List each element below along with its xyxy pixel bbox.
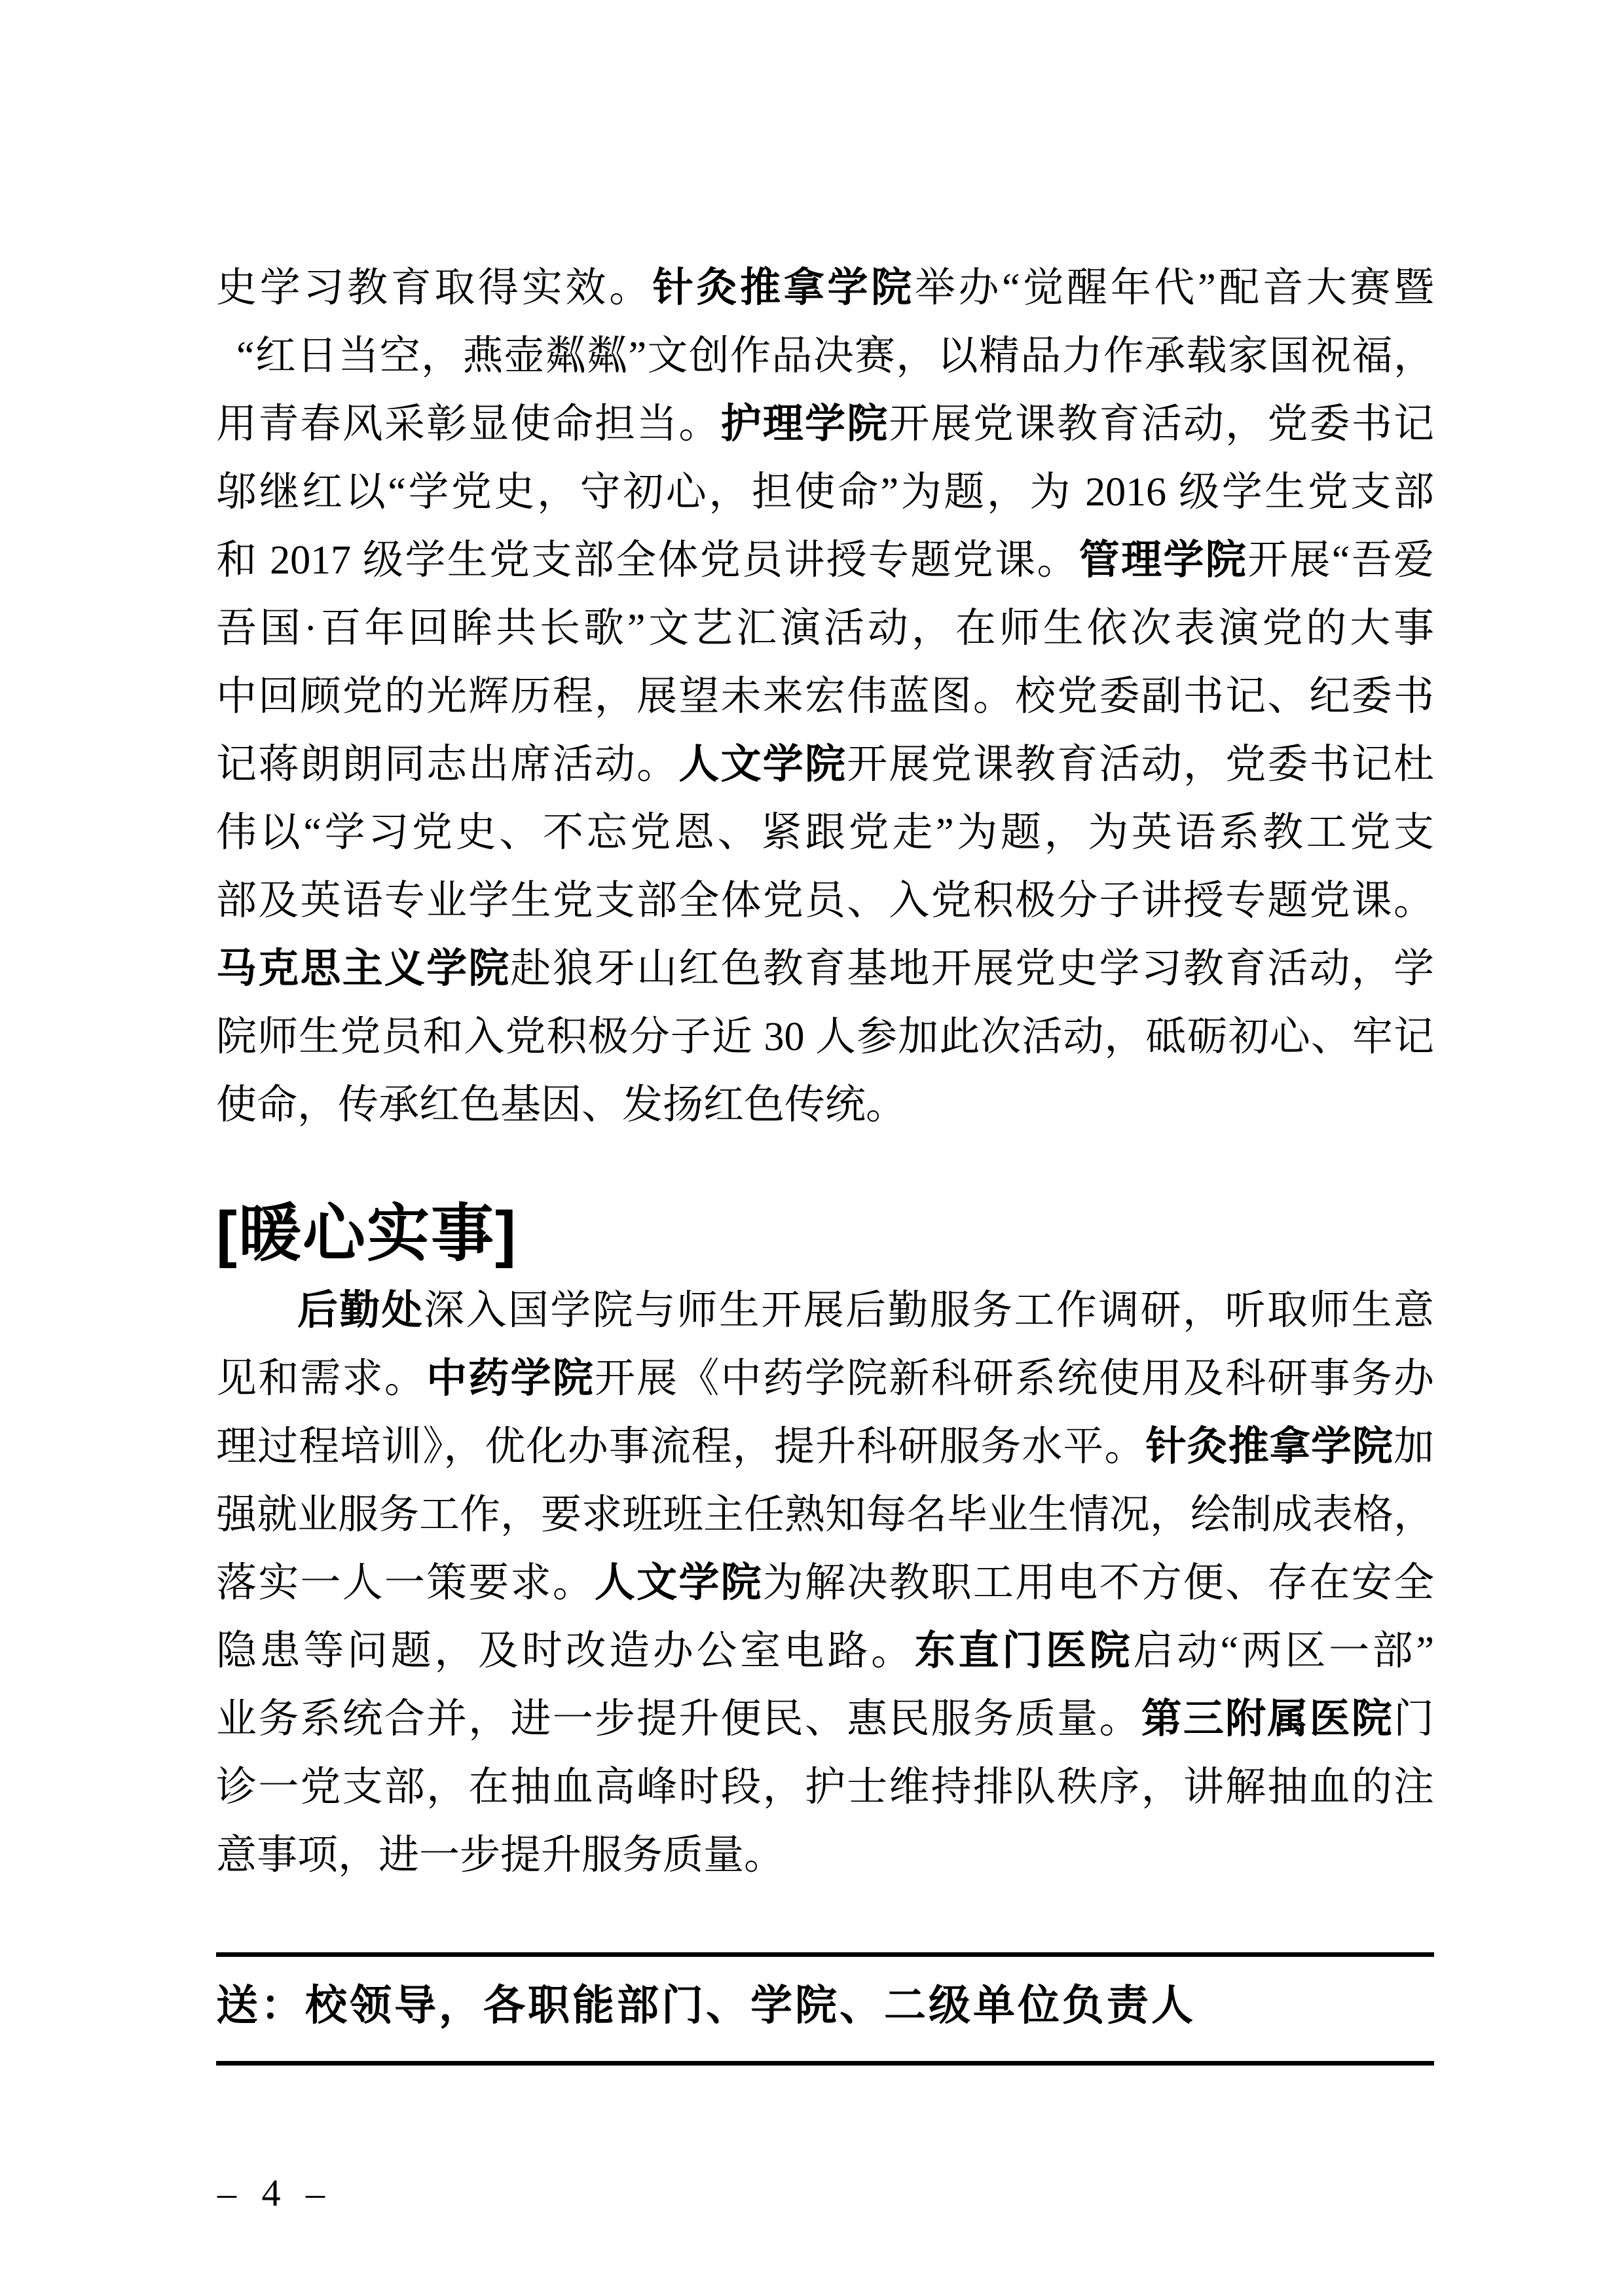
body-text-segment: 开展党课教育活动，党委书记 <box>889 402 1434 446</box>
org-name-emphasis: 中药学院 <box>426 1356 595 1401</box>
text-line: 和 2017 级学生党支部全体党员讲授专题党课。管理学院开展“吾爱 <box>216 526 1434 594</box>
org-name-emphasis: 人文学院 <box>678 742 847 787</box>
body-text-segment: 伟以“学习党史、不忘党恩、紧跟党走”为题，为英语系教工党支 <box>216 811 1434 855</box>
text-line: 使命，传承红色基因、发扬红色传统。 <box>216 1071 1434 1139</box>
text-line: 理过程培训》，优化办事流程，提升科研服务水平。针灸推拿学院加 <box>216 1413 1434 1481</box>
document-content: 史学习教育取得实效。针灸推拿学院举办“觉醒年代”配音大赛暨 “红日当空，燕壶粼粼… <box>216 0 1434 2296</box>
org-name-emphasis: 后勤处 <box>297 1288 424 1333</box>
body-text-segment: 为解决教职工用电不方便、存在安全 <box>763 1561 1434 1605</box>
body-text-segment: 用青春风采彰显使命担当。 <box>216 402 721 446</box>
document-page: 史学习教育取得实效。针灸推拿学院举办“觉醒年代”配音大赛暨 “红日当空，燕壶粼粼… <box>0 0 1624 2296</box>
text-line: 隐患等问题，及时改造办公室电路。东直门医院启动“两区一部” <box>216 1617 1434 1685</box>
text-line: 业务系统合并，进一步提升便民、惠民服务质量。第三附属医院门 <box>216 1685 1434 1753</box>
body-text-segment: 部及英语专业学生党支部全体党员、入党积极分子讲授专题党课。 <box>216 879 1434 923</box>
paragraph-warm-deeds: 后勤处深入国学院与师生开展后勤服务工作调研，听取师生意见和需求。中药学院开展《中… <box>216 1277 1434 1889</box>
body-text-segment: 中回顾党的光辉历程，展望未来宏伟蓝图。校党委副书记、纪委书 <box>216 674 1434 719</box>
body-text-segment: 开展“吾爱 <box>1247 538 1434 583</box>
body-text-segment: 理过程培训》，优化办事流程，提升科研服务水平。 <box>216 1425 1146 1469</box>
text-line: 部及英语专业学生党支部全体党员、入党积极分子讲授专题党课。 <box>216 867 1434 935</box>
text-line: 史学习教育取得实效。针灸推拿学院举办“觉醒年代”配音大赛暨 <box>216 254 1434 322</box>
body-text-segment: 强就业服务工作，要求班班主任熟知每名毕业生情况，绘制成表格， <box>216 1493 1434 1537</box>
text-line: 意事项，进一步提升服务质量。 <box>216 1821 1434 1889</box>
text-line: 记蒋朗朗同志出席活动。人文学院开展党课教育活动，党委书记杜 <box>216 731 1434 799</box>
body-text-segment: 开展党课教育活动，党委书记杜 <box>847 742 1434 787</box>
body-text-segment: 启动“两区一部” <box>1133 1629 1434 1673</box>
text-line: 马克思主义学院赴狼牙山红色教育基地开展党史学习教育活动，学 <box>216 935 1434 1003</box>
body-text-segment: 赴狼牙山红色教育基地开展党史学习教育活动，学 <box>511 947 1434 991</box>
text-line: 中回顾党的光辉历程，展望未来宏伟蓝图。校党委副书记、纪委书 <box>216 663 1434 731</box>
org-name-emphasis: 针灸推拿学院 <box>653 265 915 310</box>
body-text-segment: 隐患等问题，及时改造办公室电路。 <box>216 1629 915 1673</box>
text-line: 落实一人一策要求。人文学院为解决教职工用电不方便、存在安全 <box>216 1549 1434 1617</box>
text-line: 见和需求。中药学院开展《中药学院新科研系统使用及科研事务办 <box>216 1345 1434 1413</box>
body-text-segment: 记蒋朗朗同志出席活动。 <box>216 742 678 787</box>
text-line: 诊一党支部，在抽血高峰时段，护士维持排队秩序，讲解抽血的注 <box>216 1753 1434 1821</box>
body-text-segment: 门 <box>1393 1697 1434 1741</box>
org-name-emphasis: 马克思主义学院 <box>216 946 511 991</box>
body-text-segment: 邬继红以“学党史，守初心，担使命”为题，为 2016 级学生党支部 <box>216 470 1434 515</box>
text-line: 后勤处深入国学院与师生开展后勤服务工作调研，听取师生意 <box>216 1277 1434 1345</box>
distribution-line: 送：校领导，各职能部门、学院、二级单位负责人 <box>216 1972 1434 2040</box>
text-line: 用青春风采彰显使命担当。护理学院开展党课教育活动，党委书记 <box>216 390 1434 458</box>
body-text-segment: 史学习教育取得实效。 <box>216 266 653 310</box>
org-name-emphasis: 东直门医院 <box>915 1628 1133 1673</box>
body-text-segment: 业务系统合并，进一步提升便民、惠民服务质量。 <box>216 1697 1141 1741</box>
org-name-emphasis: 人文学院 <box>595 1560 763 1605</box>
footer-divider-bottom <box>216 2061 1434 2066</box>
body-text-segment: 和 2017 级学生党支部全体党员讲授专题党课。 <box>216 538 1079 583</box>
page-number: – 4 – <box>217 2171 333 2215</box>
text-line: 吾国·百年回眸共长歌”文艺汇演活动，在师生依次表演党的大事 <box>216 594 1434 663</box>
section-header-warm-deeds: [暖心实事] <box>216 1192 517 1277</box>
org-name-emphasis: 针灸推拿学院 <box>1146 1424 1393 1469</box>
org-name-emphasis: 第三附属医院 <box>1141 1696 1393 1741</box>
text-line: 邬继红以“学党史，守初心，担使命”为题，为 2016 级学生党支部 <box>216 458 1434 526</box>
body-text-segment: “红日当空，燕壶粼粼”文创作品决赛，以精品力作承载家国祝福， <box>216 334 1434 378</box>
text-line: 强就业服务工作，要求班班主任熟知每名毕业生情况，绘制成表格， <box>216 1481 1434 1549</box>
text-line: 伟以“学习党史、不忘党恩、紧跟党走”为题，为英语系教工党支 <box>216 799 1434 867</box>
body-text-segment: 落实一人一策要求。 <box>216 1561 595 1605</box>
body-text-segment: 举办“觉醒年代”配音大赛暨 <box>915 266 1434 310</box>
org-name-emphasis: 管理学院 <box>1079 538 1247 583</box>
body-text-segment: 院师生党员和入党积极分子近 30 人参加此次活动，砥砺初心、牢记 <box>216 1015 1434 1059</box>
footer-divider-top <box>216 1952 1434 1957</box>
body-text-segment: 深入国学院与师生开展后勤服务工作调研，听取师生意 <box>424 1288 1434 1333</box>
text-line: 院师生党员和入党积极分子近 30 人参加此次活动，砥砺初心、牢记 <box>216 1003 1434 1071</box>
body-text-segment: 使命，传承红色基因、发扬红色传统。 <box>216 1083 906 1127</box>
text-line: “红日当空，燕壶粼粼”文创作品决赛，以精品力作承载家国祝福， <box>216 322 1434 390</box>
body-text-segment: 见和需求。 <box>216 1357 426 1401</box>
body-text-segment: 吾国·百年回眸共长歌”文艺汇演活动，在师生依次表演党的大事 <box>216 606 1434 651</box>
body-text-segment: 意事项，进一步提升服务质量。 <box>216 1833 784 1878</box>
paragraph-party-history-continued: 史学习教育取得实效。针灸推拿学院举办“觉醒年代”配音大赛暨 “红日当空，燕壶粼粼… <box>216 254 1434 1139</box>
body-text-segment: 诊一党支部，在抽血高峰时段，护士维持排队秩序，讲解抽血的注 <box>216 1765 1434 1810</box>
body-text-segment: 开展《中药学院新科研系统使用及科研事务办 <box>595 1357 1434 1401</box>
org-name-emphasis: 护理学院 <box>721 401 889 446</box>
body-text-segment: 加 <box>1393 1425 1434 1469</box>
